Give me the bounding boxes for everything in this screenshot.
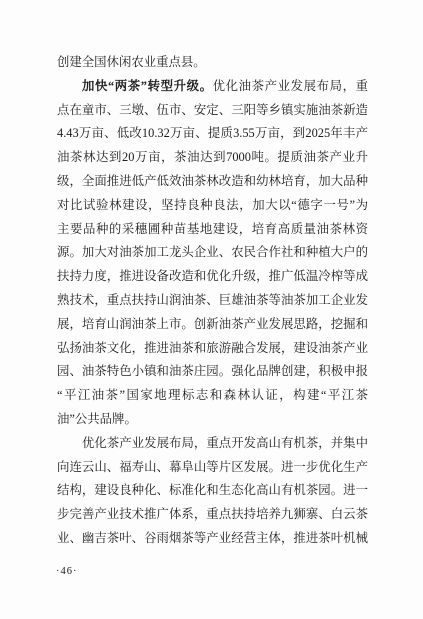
text-line: 熟技术，重点扶持山润油茶、巨雄油茶等油茶加工企业发 <box>57 289 368 313</box>
text-line: 4.43万亩、低改10.32万亩、提质3.55万亩，到2025年丰产 <box>57 122 368 146</box>
text-line: 展，培育山润油茶上市。创新油茶产业发展思路，挖掘和 <box>57 313 368 337</box>
text-line: 点在童市、三墩、伍市、安定、三阳等乡镇实施油茶新造 <box>57 99 368 123</box>
paragraph-lead-rest: 优化油茶产业发展布局，重 <box>213 79 368 93</box>
text-line: 扶持力度，推进设备改造和优化升级，推广低温冷榨等成 <box>57 265 368 289</box>
text-line: 弘扬油茶文化，推进油茶和旅游融合发展，建设油茶产业 <box>57 337 368 361</box>
text-line-paragraph-start: 优化茶产业发展布局，重点开发高山有机茶，并集中 <box>57 432 368 456</box>
text-line-paragraph-end: 油”公共品牌。 <box>57 408 368 432</box>
text-line: 级，全面推进低产低效油茶林改造和幼林培育，加大品种 <box>57 170 368 194</box>
document-page: 创建全国休闲农业重点县。 加快“两茶”转型升级。优化油茶产业发展布局，重 点在童… <box>0 0 423 619</box>
page-number: ·46· <box>56 566 78 577</box>
text-line: 园、油茶特色小镇和油茶庄园。强化品牌创建，积极申报 <box>57 360 368 384</box>
text-line: “平江油茶”国家地理标志和森林认证，构建“平江茶 <box>57 384 368 408</box>
text-line: 结构，建设良种化、标准化和生态化高山有机茶园。进一 <box>57 479 368 503</box>
text-line: 向连云山、福寿山、幕阜山等片区发展。进一步优化生产 <box>57 456 368 480</box>
text-line: 业、幽吉茶叶、谷雨烟茶等产业经营主体，推进茶叶机械 <box>57 527 368 551</box>
text-line: 对比试验林建设，坚持良种良法，加大以“德字一号”为 <box>57 194 368 218</box>
text-line: 油茶林达到20万亩，茶油达到7000吨。提质油茶产业升 <box>57 146 368 170</box>
text-line-paragraph-lead: 加快“两茶”转型升级。优化油茶产业发展布局，重 <box>57 75 368 99</box>
text-line: 主要品种的采穗圃种苗基地建设，培育高质量油茶林资 <box>57 218 368 242</box>
text-line-continuation: 创建全国休闲农业重点县。 <box>57 51 368 75</box>
paragraph-lead-bold: 加快“两茶”转型升级。 <box>82 79 213 93</box>
body-text: 创建全国休闲农业重点县。 加快“两茶”转型升级。优化油茶产业发展布局，重 点在童… <box>57 51 368 551</box>
text-line: 源。加大对油茶加工龙头企业、农民合作社和种植大户的 <box>57 241 368 265</box>
text-line: 步完善产业技术推广体系，重点扶持培养九狮寨、白云茶 <box>57 503 368 527</box>
